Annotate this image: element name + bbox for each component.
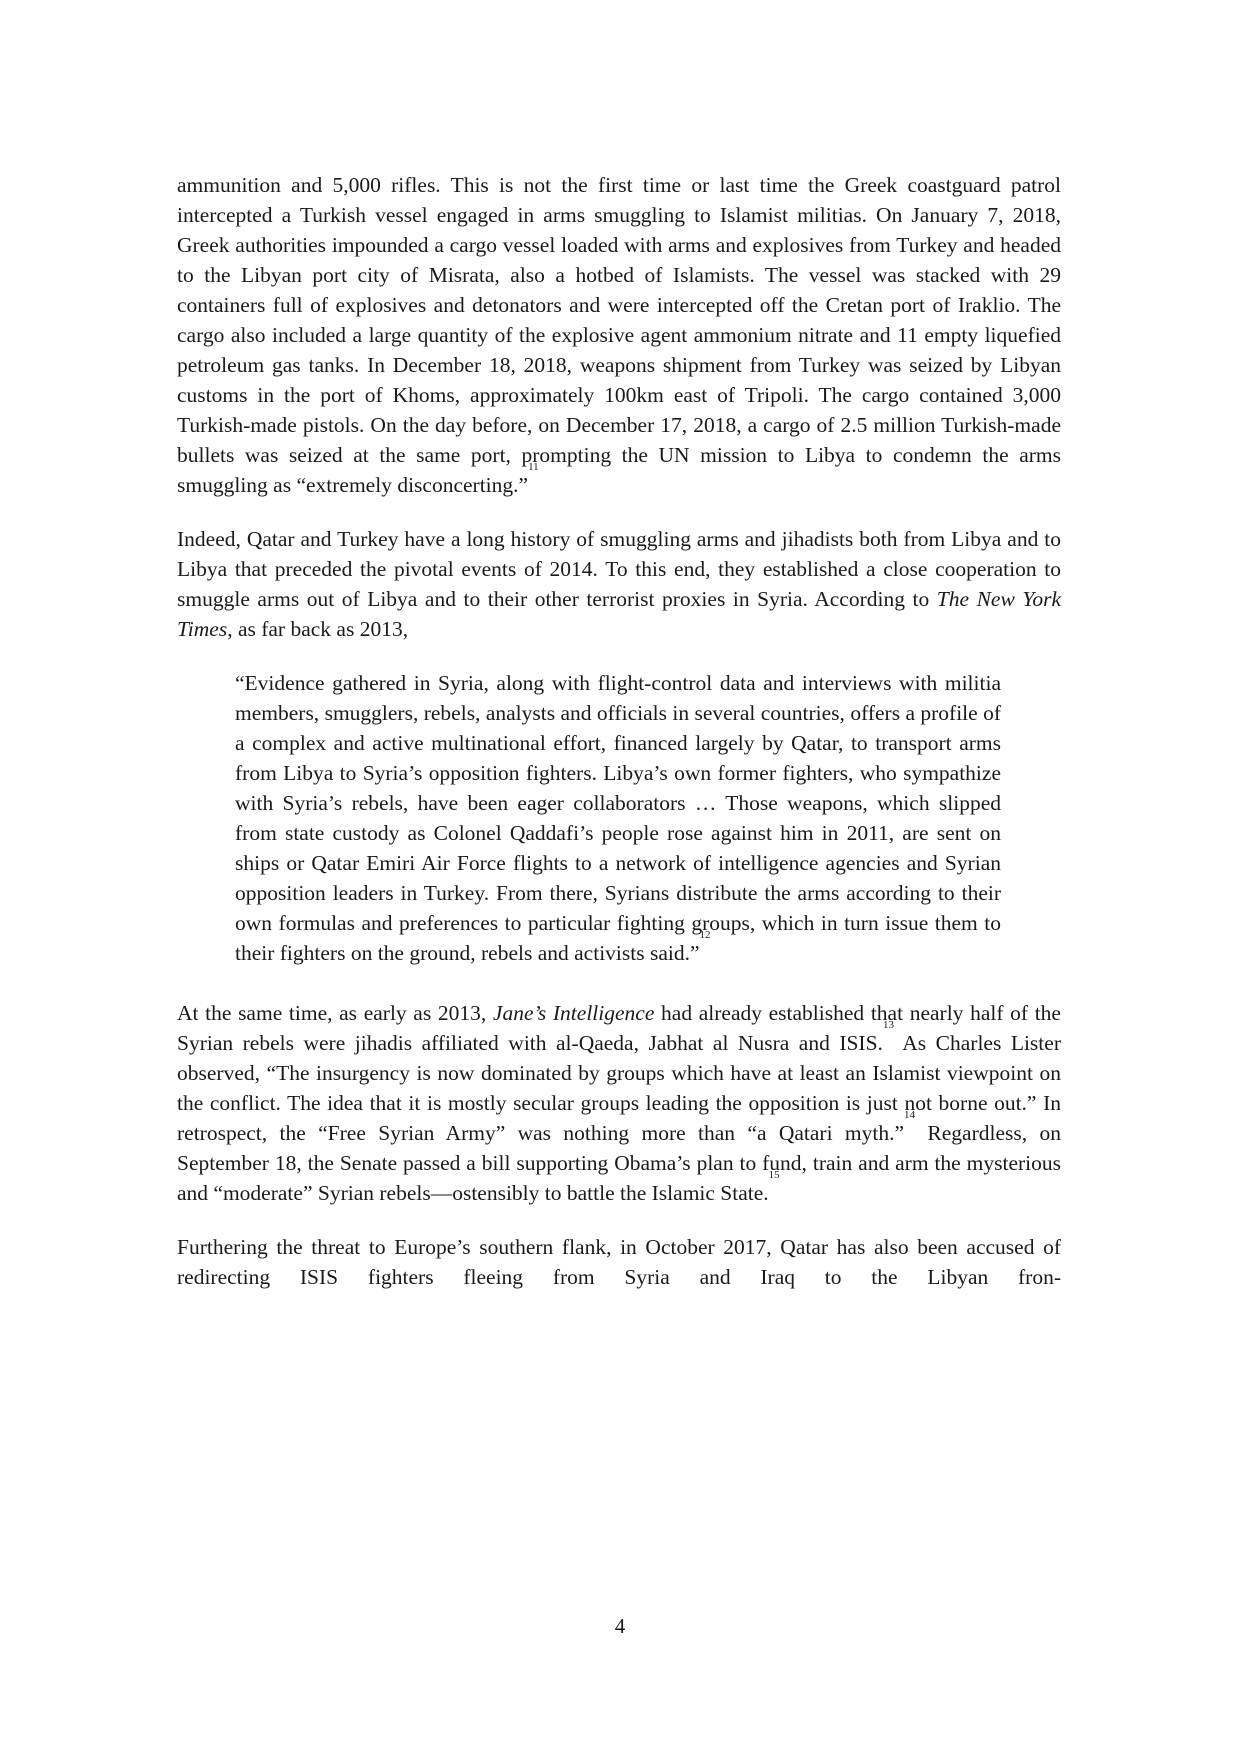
page-number: 4 xyxy=(0,1614,1240,1639)
paragraph-text: ammunition and 5,000 rifles. This is not… xyxy=(177,173,1061,497)
footnote-ref-13[interactable]: 13 xyxy=(883,1019,894,1031)
publication-title: Jane’s Intelligence xyxy=(493,1001,654,1025)
paragraph-isis-redirect: Furthering the threat to Europe’s southe… xyxy=(177,1232,1061,1292)
paragraph-janes-intelligence: At the same time, as early as 2013, Jane… xyxy=(177,998,1061,1208)
footnote-ref-14[interactable]: 14 xyxy=(904,1109,915,1121)
blockquote-nyt: “Evidence gathered in Syria, along with … xyxy=(235,668,1001,968)
page-body: ammunition and 5,000 rifles. This is not… xyxy=(177,170,1061,1316)
footnote-ref-12[interactable]: 12 xyxy=(700,929,711,941)
paragraph-text: Furthering the threat to Europe’s southe… xyxy=(177,1235,1061,1289)
footnote-ref-11[interactable]: 11 xyxy=(528,461,539,473)
quote-text: “Evidence gathered in Syria, along with … xyxy=(235,671,1001,965)
footnote-ref-15[interactable]: 15 xyxy=(769,1169,780,1181)
paragraph-arms-seizures: ammunition and 5,000 rifles. This is not… xyxy=(177,170,1061,500)
paragraph-qatar-turkey-history: Indeed, Qatar and Turkey have a long his… xyxy=(177,524,1061,644)
paragraph-text: Indeed, Qatar and Turkey have a long his… xyxy=(177,527,1061,611)
paragraph-text: , as far back as 2013, xyxy=(227,617,408,641)
paragraph-text: At the same time, as early as 2013, xyxy=(177,1001,493,1025)
